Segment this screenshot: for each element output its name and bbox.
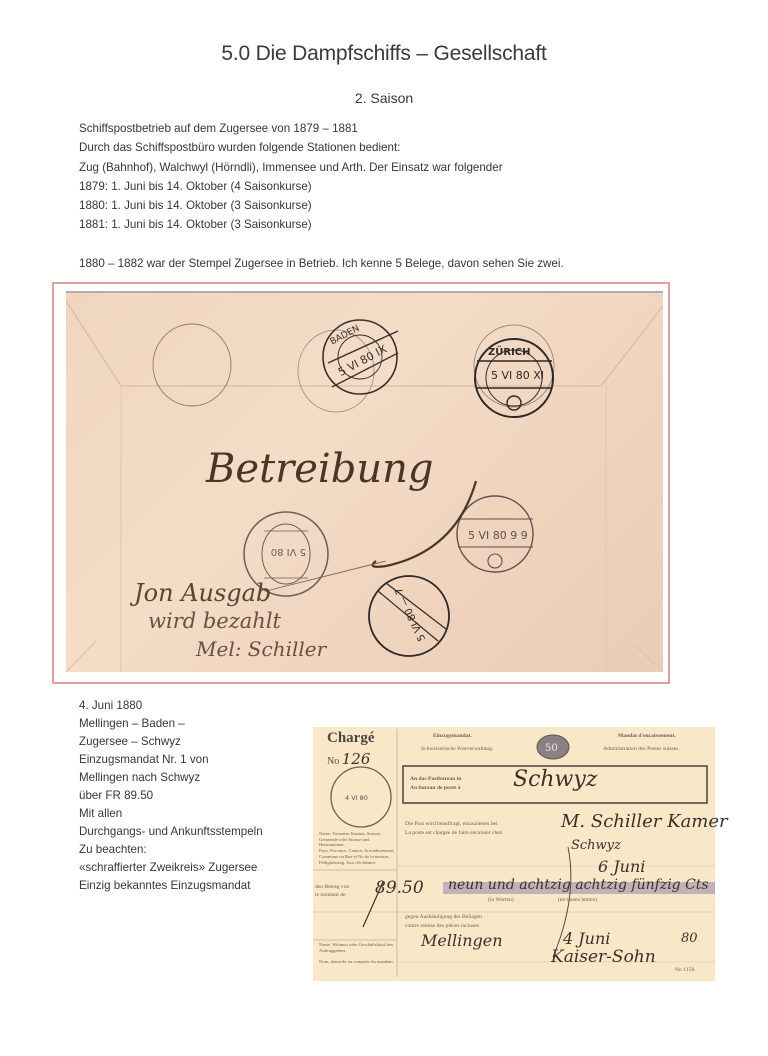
office-label-de: An das Postbureau in	[410, 776, 461, 783]
note-sender-fr: Nom, domicile ou comptoir du mandant.	[319, 959, 395, 965]
caption-line: Einzig bekanntes Einzugsmandat	[79, 877, 263, 895]
caption-line: «schraffierter Zweikreis» Zugersee	[79, 859, 263, 877]
intro-note: 1880 – 1882 war der Stempel Zugersee in …	[79, 254, 564, 273]
words-label-fr: (en toutes lettres)	[558, 897, 597, 904]
handwriting-line-3: Mel: Schiller	[196, 637, 326, 661]
intro-text: Schiffspostbetrieb auf dem Zugersee von …	[79, 119, 564, 273]
title-fr: Mandat d'encaissement.	[618, 733, 676, 740]
intro-line: 1880: 1. Juni bis 14. Oktober (3 Saisonk…	[79, 196, 564, 215]
page-title: 5.0 Die Dampfschiffs – Gesellschaft	[0, 42, 768, 66]
enclosure-de: gegen Aushändigung der Beilagen	[405, 914, 482, 921]
office-value: Schwyz	[513, 767, 597, 792]
note-due: Fälligkeitstag. Jour d'échéance.	[319, 860, 395, 866]
note-address-de: Name, Vorname, Kanton, Strasse, Gemeinde…	[319, 831, 395, 848]
payer-place: Schwyz	[571, 838, 621, 853]
caption-line: Mellingen – Baden –	[79, 715, 263, 733]
note-address-fr: Pays, Province, Canton, Arrondissement, …	[319, 848, 395, 859]
note-sender-de: Name, Wohnort oder Geschäftslokal des Au…	[319, 942, 395, 953]
intro-line: Durch das Schiffspostbüro wurden folgend…	[79, 138, 564, 157]
svg-text:ZÜRICH: ZÜRICH	[488, 344, 531, 358]
handwriting-betreibung: Betreibung	[206, 446, 433, 492]
handwriting-line-2: wird bezahlt	[148, 609, 281, 633]
svg-text:4 VI 80: 4 VI 80	[345, 794, 368, 802]
intro-line: 1881: 1. Juni bis 14. Oktober (3 Saisonk…	[79, 215, 564, 234]
caption-line: über FR 89.50	[79, 787, 263, 805]
caption-line: Zu beachten:	[79, 841, 263, 859]
caption-line: Mit allen	[79, 805, 263, 823]
form-number: No 1158.	[675, 967, 696, 974]
caption-line: 4. Juni 1880	[79, 697, 263, 715]
collect-label-de: Die Post wird beauftragt, einzuziehen be…	[405, 821, 498, 828]
collect-label-fr: La poste est chargée de faire encaisser …	[405, 830, 502, 837]
caption-line: Mellingen nach Schwyz	[79, 769, 263, 787]
due-date: 6 Juni	[598, 857, 645, 876]
handwriting-line-1: Jon Ausgab	[134, 579, 271, 607]
admin-de: Schweizerische Postverwaltung.	[421, 746, 493, 753]
caption-line: Durchgangs- und Ankunftsstempeln	[79, 823, 263, 841]
signature: Kaiser-Sohn	[551, 947, 656, 967]
svg-text:50: 50	[545, 743, 558, 754]
amount-value: 89.50	[375, 878, 424, 898]
caption-line: Zugersee – Schwyz	[79, 733, 263, 751]
svg-text:5 VI 80 — 7: 5 VI 80 — 7	[394, 585, 428, 642]
amount-label-de: den Betrag von	[315, 884, 349, 891]
intro-line: 1879: 1. Juni bis 14. Oktober (4 Saisonk…	[79, 177, 564, 196]
caption-line: Einzugsmandat Nr. 1 von	[79, 751, 263, 769]
title-de: Einzugsmandat.	[433, 733, 472, 740]
payer-name: M. Schiller Kamer	[561, 811, 728, 832]
mandat-number-value: 126	[342, 750, 371, 768]
envelope-image: 5 VI 80 IX BADEN 5 VI 80 XI ZÜRICH 5 VI …	[66, 291, 663, 672]
admin-fr: Administration des Postes suisses.	[603, 746, 680, 753]
amount-words: neun und achtzig achtzig fünfzig Cts	[448, 877, 709, 893]
charge-label: Chargé	[327, 730, 375, 747]
sender-year: 80	[681, 931, 698, 946]
sender-date: 4 Juni	[563, 929, 610, 948]
enclosure-fr: contre remise des pièces incluses	[405, 923, 479, 930]
svg-text:5 VI 80 9 9: 5 VI 80 9 9	[468, 529, 528, 542]
svg-text:5 VI 80: 5 VI 80	[271, 546, 306, 557]
svg-text:5 VI 80 XI: 5 VI 80 XI	[491, 369, 544, 382]
amount-label-fr: le montant de	[315, 892, 345, 899]
intro-line: Zug (Bahnhof), Walchwyl (Hörndli), Immen…	[79, 158, 564, 177]
office-label-fr: Au bureau de poste à	[410, 785, 461, 792]
words-label-de: (in Worten)	[488, 897, 514, 904]
intro-line: Schiffspostbetrieb auf dem Zugersee von …	[79, 119, 564, 138]
page-subtitle: 2. Saison	[0, 90, 768, 106]
sender-place: Mellingen	[421, 931, 503, 950]
money-order-image: 50 4 VI 80 Chargé No 126 Einzugsmandat. …	[313, 727, 715, 981]
mandat-number: No 126	[327, 750, 370, 768]
item-caption: 4. Juni 1880 Mellingen – Baden – Zugerse…	[79, 697, 263, 895]
